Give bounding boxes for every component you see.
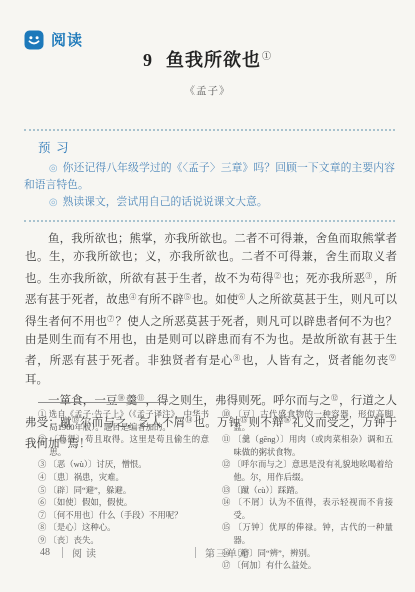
footnote-ref: ⑤ (184, 293, 191, 301)
footer-unit: 第三单元 (196, 545, 249, 560)
footnote-ref: ③ (365, 272, 372, 280)
circle-bullet-icon: ◎ (49, 163, 58, 174)
footnote-ref: ① (262, 51, 272, 61)
footnote: ⑦ 〔何不用也〕什么（手段）不用呢？ (38, 510, 209, 523)
footnote: ⑧ 〔是心〕这种心。 (38, 522, 209, 535)
preview-box: 预习 ◎你还记得八年级学过的《〈孟子〉三章》吗？回顾一下文章的主要内容和语言特色… (24, 129, 395, 222)
footnote: ⑮ 〔万钟〕优厚的俸禄。钟，古代的一种量器。 (222, 522, 393, 547)
footnote-ref: ② (274, 272, 281, 280)
lesson-title: 9鱼我所欲也① (0, 46, 415, 72)
page-number: 48 (40, 547, 62, 558)
footnote: ① 选自《孟子·告子上》（《孟子译注》，中华书局1960年版）。题目是编者加的。 (38, 409, 209, 434)
textbook-page: 阅读 9鱼我所欲也① 《孟子》 预习 ◎你还记得八年级学过的《〈孟子〉三章》吗？… (0, 0, 415, 592)
footnote-ref: ⑨ (389, 354, 396, 362)
lesson-number: 9 (143, 50, 152, 70)
preview-item-text: 熟读课文，尝试用自己的话说说课文大意。 (63, 196, 268, 208)
footnote: ⑥ 〔如使〕假如，假使。 (38, 497, 209, 510)
footnote-ref: ⑦ (107, 315, 114, 323)
footnote-ref: ⑥ (238, 293, 245, 301)
footnote-ref: ④ (129, 293, 136, 301)
footnote: ⑬ 〔蹴（cù）〕踩踏。 (222, 485, 393, 498)
footer-section: 阅读 (63, 545, 195, 560)
footnote: ② 〔苟得〕苟且取得。这里是苟且偷生的意思。 (38, 434, 209, 459)
footnote: ⑰ 〔何加〕有什么益处。 (222, 560, 393, 573)
footnote: ⑫ 〔呼尔而与之〕意思是没有礼貌地吆喝着给他。尔，用作后缀。 (222, 459, 393, 484)
footnote: ④ 〔患〕祸患，灾难。 (38, 472, 209, 485)
footnote: ③ 〔恶（wù）〕讨厌，憎恨。 (38, 459, 209, 472)
lesson-title-block: 9鱼我所欲也① 《孟子》 (0, 46, 415, 98)
preview-item-text: 你还记得八年级学过的《〈孟子〉三章》吗？回顾一下文章的主要内容和语言特色。 (24, 162, 395, 191)
footnote: ⑭ 〔不屑〕认为不值得，表示轻视而不肯接受。 (222, 497, 393, 522)
preview-heading: 预习 (38, 138, 395, 156)
footnote-divider (38, 402, 166, 403)
circle-bullet-icon: ◎ (49, 197, 58, 208)
lesson-title-text: 鱼我所欲也 (166, 50, 261, 70)
footnote: ⑩ 〔豆〕古代盛食物的一种容器，形似高脚盘。 (222, 409, 393, 434)
footnote-ref: ⑧ (233, 354, 241, 362)
footnote: ⑪ 〔羹（gēng）〕用肉（或肉菜相杂）调和五味做的粥状食物。 (222, 434, 393, 459)
body-paragraph: 鱼，我所欲也；熊掌，亦我所欲也。二者不可得兼，舍鱼而取熊掌者也。生，亦我所欲也；… (25, 230, 397, 389)
preview-item: ◎熟读课文，尝试用自己的话说说课文大意。 (24, 194, 395, 211)
page-footer: 48 阅读 第三单元 (40, 545, 249, 560)
lesson-source: 《孟子》 (0, 83, 415, 98)
preview-item: ◎你还记得八年级学过的《〈孟子〉三章》吗？回顾一下文章的主要内容和语言特色。 (24, 160, 395, 193)
footnote: ⑤ 〔辟〕同“避”，躲避。 (38, 485, 209, 498)
footnote-ref: ⑫ (331, 394, 338, 402)
